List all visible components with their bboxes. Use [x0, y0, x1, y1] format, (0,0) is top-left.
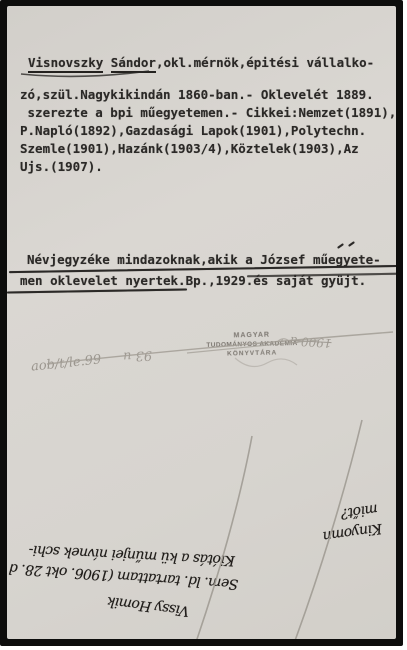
handwritten-accent-mark-1 [337, 243, 344, 249]
bio-line-3: szerezte a bpi műegyetemen.- Cikkei:Nemz… [20, 105, 396, 120]
source-line-2-underlined: men oklevelet nyertek [20, 273, 178, 288]
photo-black-frame: Visnovszky Sándor,okl.mérnök,épitési vál… [0, 0, 403, 646]
catalog-card: Visnovszky Sándor,okl.mérnök,épitési vál… [7, 6, 396, 639]
bio-line-5: Szemle(1901),Hazánk(1903/4),Köztelek(190… [20, 141, 359, 156]
bio-line-1-rest: ,okl.mérnök,épitési vállalko- [156, 55, 374, 70]
pencil-note-flipped: 93 u [123, 347, 153, 363]
handwritten-accent-mark-2 [348, 241, 355, 247]
bio-line-1: Visnovszky Sándor,okl.mérnök,épitési vál… [28, 55, 374, 73]
pencil-diagonal-stroke-1 [196, 436, 252, 639]
scanned-catalog-card-page: { "card": { "paragraph1": { "line1_name1… [0, 0, 407, 650]
pencil-crossed-year-note: 1900 a [290, 334, 332, 350]
pencil-shelfmark-note: aob/t/le.99 [30, 352, 102, 374]
illegible-ink-note-right-top: miőt? [340, 501, 379, 522]
bio-line-2: zó,szül.Nagykikindán 1860-ban.- Oklevelé… [20, 87, 374, 102]
illegible-ink-note-right-bottom: Kinyomn [322, 520, 383, 544]
underline-source-line-2 [7, 288, 187, 293]
space [103, 55, 111, 70]
pencil-squiggle-under-stamp [235, 358, 297, 367]
source-line-1: Névjegyzéke mindazoknak,akik a József mű… [27, 252, 381, 267]
person-firstname: Sándor [111, 55, 156, 73]
bio-line-4: P.Napló(1892),Gazdasági Lapok(1901),Poly… [20, 123, 366, 138]
illegible-ink-signature: Vissy Homik [106, 593, 190, 619]
bio-line-6: Ujs.(1907). [20, 159, 103, 174]
person-surname: Visnovszky [28, 55, 103, 73]
